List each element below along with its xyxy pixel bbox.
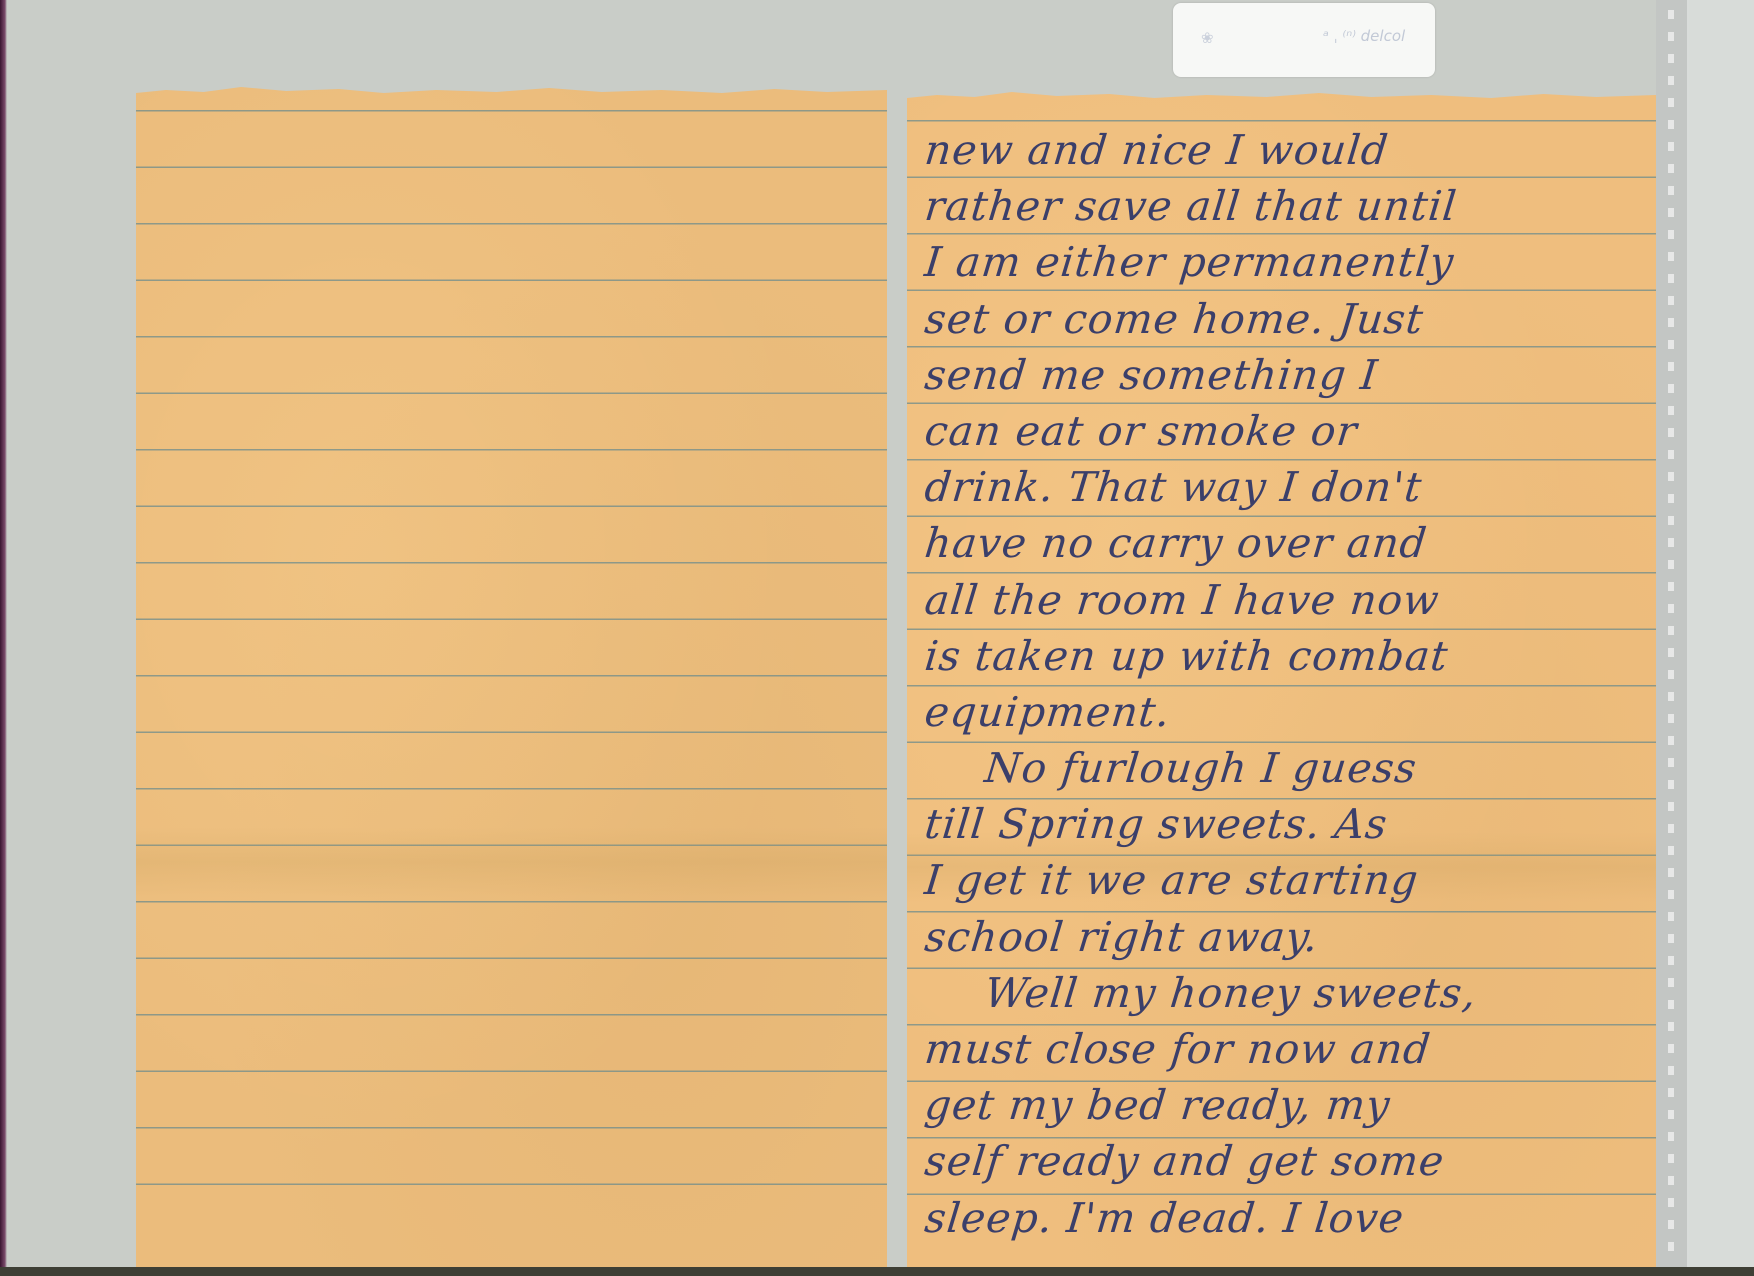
letter-line: till Spring sweets. As [922, 796, 1648, 852]
letter-line: equipment. [922, 684, 1648, 740]
letter-line: I get it we are starting [922, 852, 1648, 908]
letter-line: I am either permanently [922, 234, 1648, 290]
letter-line: self ready and get some [922, 1133, 1648, 1189]
letter-line: new and nice I would [922, 122, 1648, 178]
letter-line: sleep. I'm dead. I love [922, 1190, 1648, 1246]
letter-line: drink. That way I don't [922, 459, 1648, 515]
sticker-bleed-text: ᵃ ˌ ⁽ⁿ⁾ delcol [1323, 27, 1405, 45]
letter-page-right: new and nice I would rather save all tha… [907, 92, 1656, 1267]
letter-line: is taken up with combat [922, 628, 1648, 684]
letter-page-left-blank [136, 87, 887, 1267]
fold-crease [136, 827, 887, 897]
letter-line-paragraph-start: No furlough I guess [922, 740, 1648, 796]
sheet-protector-strip [1656, 0, 1689, 1267]
letter-line: rather save all that until [922, 178, 1648, 234]
letter-line: have no carry over and [922, 515, 1648, 571]
scanner-bottom-edge [0, 1267, 1754, 1276]
sticker-bleed-mark: ❀ [1201, 29, 1214, 47]
letter-line-paragraph-start: Well my honey sweets, [922, 965, 1648, 1021]
letter-line: school right away. [922, 909, 1648, 965]
archive-label-sticker: ❀ ᵃ ˌ ⁽ⁿ⁾ delcol [1173, 3, 1435, 77]
letter-line: get my bed ready, my [922, 1077, 1648, 1133]
binder-holes [1668, 10, 1674, 1260]
scanner-background [1689, 0, 1754, 1267]
handwritten-text: new and nice I would rather save all tha… [925, 122, 1645, 1246]
letter-line: all the room I have now [922, 572, 1648, 628]
letter-line: send me something I [922, 347, 1648, 403]
letter-line: can eat or smoke or [922, 403, 1648, 459]
scanner-edge-strip [0, 0, 7, 1276]
ruled-lines [136, 87, 887, 1267]
letter-line: set or come home. Just [922, 291, 1648, 347]
letter-line: must close for now and [922, 1021, 1648, 1077]
